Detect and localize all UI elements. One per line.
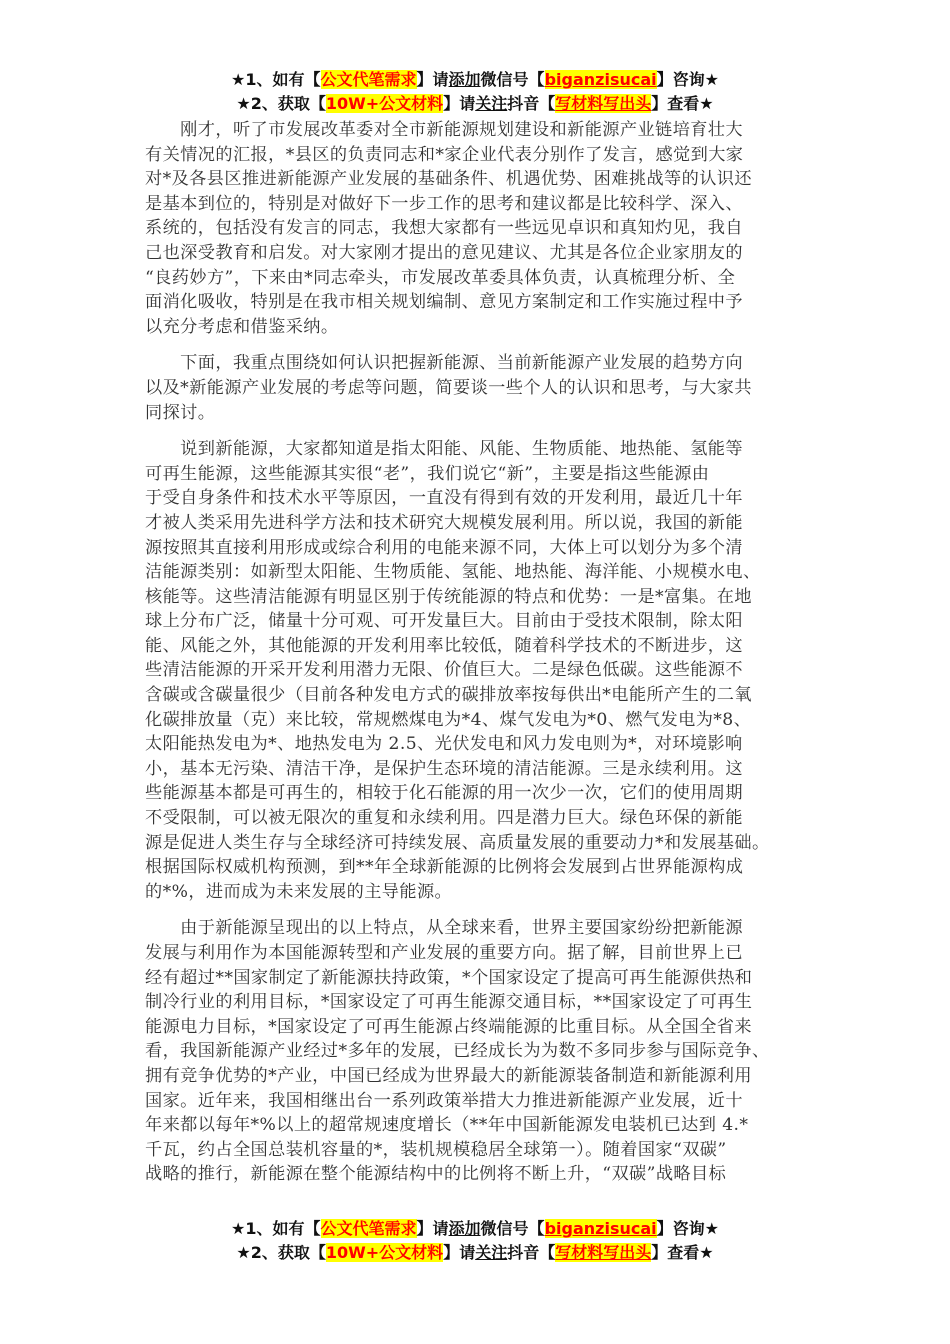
wechat-id-highlight: biganzisucai [545, 1219, 657, 1238]
text-line: 千瓦，约占全国总装机容量的*，装机规模稳居全球第一）。随着国家“双碳” [145, 1138, 825, 1163]
text-line: 以充分考虑和借鉴采纳。 [145, 315, 825, 340]
document-page: ★1、如有【公文代笔需求】请添加微信号【biganzisucai】咨询★ ★2、… [0, 0, 950, 1344]
promo-text: ★1、如有【 [231, 1219, 320, 1238]
text-line: 看，我国新能源产业经过*多年的发展，已经成长为为数不多同步参与国际竞争、 [145, 1039, 825, 1064]
paragraph-2: 下面，我重点围绕如何认识把握新能源、当前新能源产业发展的趋势方向 以及*新能源产… [145, 351, 825, 425]
text-line: 球上分布广泛，储量十分可观、可开发量巨大。目前由于受技术限制，除太阳 [145, 609, 825, 634]
text-line: 的*%，进而成为未来发展的主导能源。 [145, 880, 825, 905]
promo-highlight: 10W+公文材料 [326, 1243, 443, 1262]
text-line: 制冷行业的利用目标，*国家设定了可再生能源交通目标，**国家设定了可再生 [145, 990, 825, 1015]
promo-text: 】请 [417, 70, 449, 89]
text-line: 能、风能之外，其他能源的开发利用率比较低，随着科学技术的不断进步，这 [145, 634, 825, 659]
text-line: 对*及各县区推进新能源产业发展的基础条件、机遇优势、困难挑战等的认识还 [145, 167, 825, 192]
text-line: 己也深受教育和启发。对大家刚才提出的意见建议、尤其是各位企业家朋友的 [145, 241, 825, 266]
text-line: 核能等。这些清洁能源有明显区别于传统能源的特点和优势：一是*富集。在地 [145, 585, 825, 610]
douyin-account-highlight: 写材料写出头 [555, 94, 651, 113]
promo-text: 抖音【 [507, 94, 555, 113]
text-line: 小，基本无污染、清洁干净，是保护生态环境的清洁能源。三是永续利用。这 [145, 757, 825, 782]
text-line: 化碳排放量（克）来比较，常规燃煤电为*4、煤气发电为*0、燃气发电为*8、 [145, 708, 825, 733]
text-line: 些清洁能源的开采开发利用潜力无限、价值巨大。二是绿色低碳。这些能源不 [145, 658, 825, 683]
promo-underlined-text: 关注 [475, 94, 507, 113]
promo-text: 】请 [443, 1243, 475, 1262]
text-line: 由于新能源呈现出的以上特点，从全球来看，世界主要国家纷纷把新能源 [145, 916, 825, 941]
promo-line-1: ★1、如有【公文代笔需求】请添加微信号【biganzisucai】咨询★ [0, 1217, 950, 1241]
promo-underlined-text: 关注 [475, 1243, 507, 1262]
promo-text: 抖音【 [507, 1243, 555, 1262]
text-line: 是基本到位的，特别是对做好下一步工作的思考和建议都是比较科学、深入、 [145, 192, 825, 217]
text-line: 太阳能热发电为*、地热发电为 2.5、光伏发电和风力发电则为*，对环境影响 [145, 732, 825, 757]
text-line: 发展与利用作为本国能源转型和产业发展的重要方向。据了解，目前世界上已 [145, 941, 825, 966]
text-line: “良药妙方”，下来由*同志牵头，市发展改革委具体负责，认真梳理分析、全 [145, 266, 825, 291]
promo-line-2: ★2、获取【10W+公文材料】请关注抖音【写材料写出头】查看★ [0, 92, 950, 116]
text-line: 源是促进人类生存与全球经济可持续发展、高质量发展的重要动力*和发展基础。 [145, 831, 825, 856]
document-body: 刚才，听了市发展改革委对全市新能源规划建设和新能源产业链培育壮大 有关情况的汇报… [145, 118, 825, 1199]
text-line: 年来都以每年*%以上的超常规速度增长（**年中国新能源发电装机已达到 4.* [145, 1113, 825, 1138]
promo-text: ★2、获取【 [236, 94, 325, 113]
text-line: 面消化吸收，特别是在我市相关规划编制、意见方案制定和工作实施过程中予 [145, 290, 825, 315]
text-line: 战略的推行，新能源在整个能源结构中的比例将不断上升，“双碳”战略目标 [145, 1162, 825, 1187]
text-line: 以及*新能源产业发展的考虑等问题，简要谈一些个人的认识和思考，与大家共 [145, 376, 825, 401]
promo-underlined-text: 添加 [449, 70, 481, 89]
promo-text: 微信号【 [481, 1219, 545, 1238]
text-line: 才被人类采用先进科学方法和技术研究大规模发展利用。所以说，我国的新能 [145, 511, 825, 536]
text-line: 说到新能源，大家都知道是指太阳能、风能、生物质能、地热能、氢能等 [145, 437, 825, 462]
header-promo: ★1、如有【公文代笔需求】请添加微信号【biganzisucai】咨询★ ★2、… [0, 68, 950, 116]
text-line: 系统的，包括没有发言的同志，我想大家都有一些远见卓识和真知灼见，我自 [145, 216, 825, 241]
promo-underlined-text: 添加 [449, 1219, 481, 1238]
promo-text: ★2、获取【 [236, 1243, 325, 1262]
text-line: 刚才，听了市发展改革委对全市新能源规划建设和新能源产业链培育壮大 [145, 118, 825, 143]
text-line: 些能源基本都是可再生的，相较于化石能源的用一次少一次，它们的使用周期 [145, 781, 825, 806]
text-line: 洁能源类别：如新型太阳能、生物质能、氢能、地热能、海洋能、小规模水电、 [145, 560, 825, 585]
text-line: 根据国际权威机构预测，到**年全球新能源的比例将会发展到占世界能源构成 [145, 855, 825, 880]
footer-promo: ★1、如有【公文代笔需求】请添加微信号【biganzisucai】咨询★ ★2、… [0, 1217, 950, 1265]
text-line: 可再生能源，这些能源其实很“老”，我们说它“新”，主要是指这些能源由 [145, 462, 825, 487]
text-line: 不受限制，可以被无限次的重复和永续利用。四是潜力巨大。绿色环保的新能 [145, 806, 825, 831]
text-line: 源按照其直接利用形成或综合利用的电能来源不同，大体上可以划分为多个清 [145, 536, 825, 561]
promo-highlight: 公文代笔需求 [321, 70, 417, 89]
promo-text: 】请 [443, 94, 475, 113]
wechat-id-highlight: biganzisucai [545, 70, 657, 89]
promo-highlight: 公文代笔需求 [321, 1219, 417, 1238]
promo-text: 】咨询★ [657, 1219, 719, 1238]
promo-line-1: ★1、如有【公文代笔需求】请添加微信号【biganzisucai】咨询★ [0, 68, 950, 92]
douyin-account-highlight: 写材料写出头 [555, 1243, 651, 1262]
promo-text: ★1、如有【 [231, 70, 320, 89]
promo-text: 微信号【 [481, 70, 545, 89]
text-line: 拥有竞争优势的*产业，中国已经成为世界最大的新能源装备制造和新能源利用 [145, 1064, 825, 1089]
text-line: 同探讨。 [145, 401, 825, 426]
paragraph-4: 由于新能源呈现出的以上特点，从全球来看，世界主要国家纷纷把新能源 发展与利用作为… [145, 916, 825, 1187]
text-line: 国家。近年来，我国相继出台一系列政策举措大力推进新能源产业发展，近十 [145, 1089, 825, 1114]
text-line: 能源电力目标，*国家设定了可再生能源占终端能源的比重目标。从全国全省来 [145, 1015, 825, 1040]
promo-line-2: ★2、获取【10W+公文材料】请关注抖音【写材料写出头】查看★ [0, 1241, 950, 1265]
text-line: 含碳或含碳量很少（目前各种发电方式的碳排放率按每供出*电能所产生的二氧 [145, 683, 825, 708]
text-line: 经有超过**国家制定了新能源扶持政策，*个国家设定了提高可再生能源供热和 [145, 966, 825, 991]
text-line: 于受自身条件和技术水平等原因，一直没有得到有效的开发利用，最近几十年 [145, 486, 825, 511]
promo-text: 】查看★ [651, 1243, 713, 1262]
text-line: 有关情况的汇报，*县区的负责同志和*家企业代表分别作了发言，感觉到大家 [145, 143, 825, 168]
promo-text: 】查看★ [651, 94, 713, 113]
promo-highlight: 10W+公文材料 [326, 94, 443, 113]
paragraph-3: 说到新能源，大家都知道是指太阳能、风能、生物质能、地热能、氢能等 可再生能源，这… [145, 437, 825, 904]
promo-text: 】请 [417, 1219, 449, 1238]
text-line: 下面，我重点围绕如何认识把握新能源、当前新能源产业发展的趋势方向 [145, 351, 825, 376]
paragraph-1: 刚才，听了市发展改革委对全市新能源规划建设和新能源产业链培育壮大 有关情况的汇报… [145, 118, 825, 339]
promo-text: 】咨询★ [657, 70, 719, 89]
